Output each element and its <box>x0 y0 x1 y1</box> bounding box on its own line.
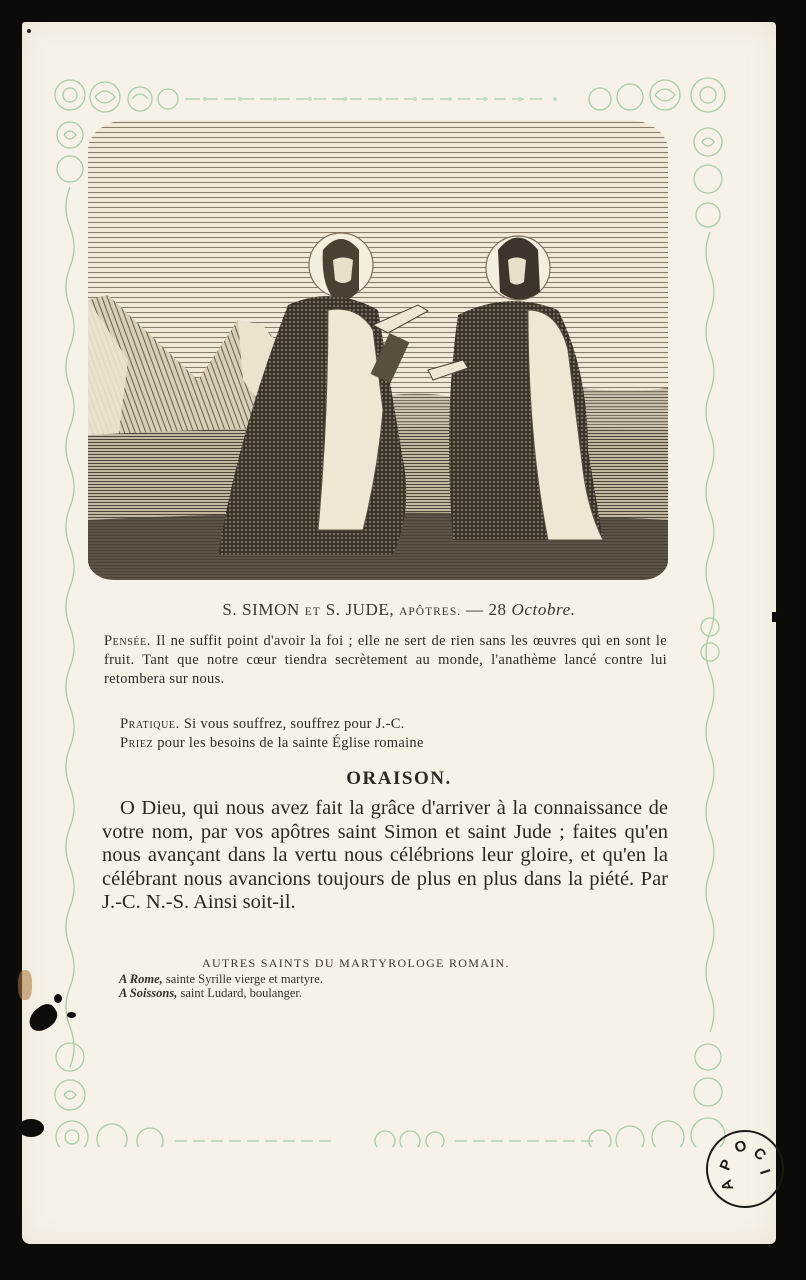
pratique-line: Pratique. Si vous souffrez, souffrez pou… <box>120 715 680 734</box>
engraving-illustration <box>88 120 668 580</box>
pratique-text: Si vous souffrez, souffrez pour J.-C. <box>184 716 405 732</box>
ink-blot <box>67 1012 76 1018</box>
feast-day: 28 <box>488 600 506 619</box>
holy-card: S. SIMON et S. JUDE, apôtres. — 28 Octob… <box>22 22 776 1244</box>
feast-month: Octobre. <box>512 600 576 619</box>
speck <box>27 29 31 33</box>
caption-apostles: apôtres. <box>399 606 461 618</box>
ink-blot <box>18 1119 44 1137</box>
martyrology-entry: A Rome, sainte Syrille vierge et martyre… <box>119 972 639 986</box>
stamp-letter: O <box>733 1137 749 1157</box>
priez-line: Priez pour les besoins de la sainte Égli… <box>120 734 680 753</box>
card-caption: S. SIMON et S. JUDE, apôtres. — 28 Octob… <box>22 600 776 620</box>
martyrology-heading: AUTRES SAINTS DU MARTYROLOGE ROMAIN. <box>202 956 510 971</box>
entry-place: A Soissons, <box>119 986 177 1000</box>
martyrology-list: A Rome, sainte Syrille vierge et martyre… <box>119 972 639 1000</box>
entry-text: saint Ludard, boulanger. <box>181 986 303 1000</box>
pensee-paragraph: Pensée. Il ne suffit point d'avoir la fo… <box>104 632 667 689</box>
stamp-letter: I <box>756 1167 773 1176</box>
saint-jude: S. JUDE, <box>326 600 395 619</box>
martyrology-entry: A Soissons, saint Ludard, boulanger. <box>119 986 639 1000</box>
oraison-prayer-text: O Dieu, qui nous avez fait la grâce d'ar… <box>102 797 668 915</box>
oraison-heading: ORAISON. <box>22 768 776 790</box>
pensee-label: Pensée. <box>104 633 151 649</box>
pratique-label: Pratique. <box>120 716 180 732</box>
caption-dash: — <box>466 600 484 619</box>
stamp-letter: P <box>717 1157 737 1173</box>
saint-simon: S. SIMON <box>222 600 300 619</box>
entry-place: A Rome, <box>119 972 163 986</box>
age-stain <box>18 970 32 1000</box>
pensee-text: Il ne suffit point d'avoir la foi ; elle… <box>104 633 667 687</box>
engraving-image <box>88 120 668 580</box>
stamp-letter: C <box>750 1144 769 1164</box>
entry-text: sainte Syrille vierge et martyre. <box>166 972 323 986</box>
priez-label: Priez <box>120 735 153 751</box>
ink-blot <box>54 994 62 1003</box>
caption-connector: et <box>305 606 321 618</box>
priez-text: pour les besoins de la sainte Église rom… <box>157 735 423 751</box>
stamp-letter: A <box>718 1177 738 1193</box>
